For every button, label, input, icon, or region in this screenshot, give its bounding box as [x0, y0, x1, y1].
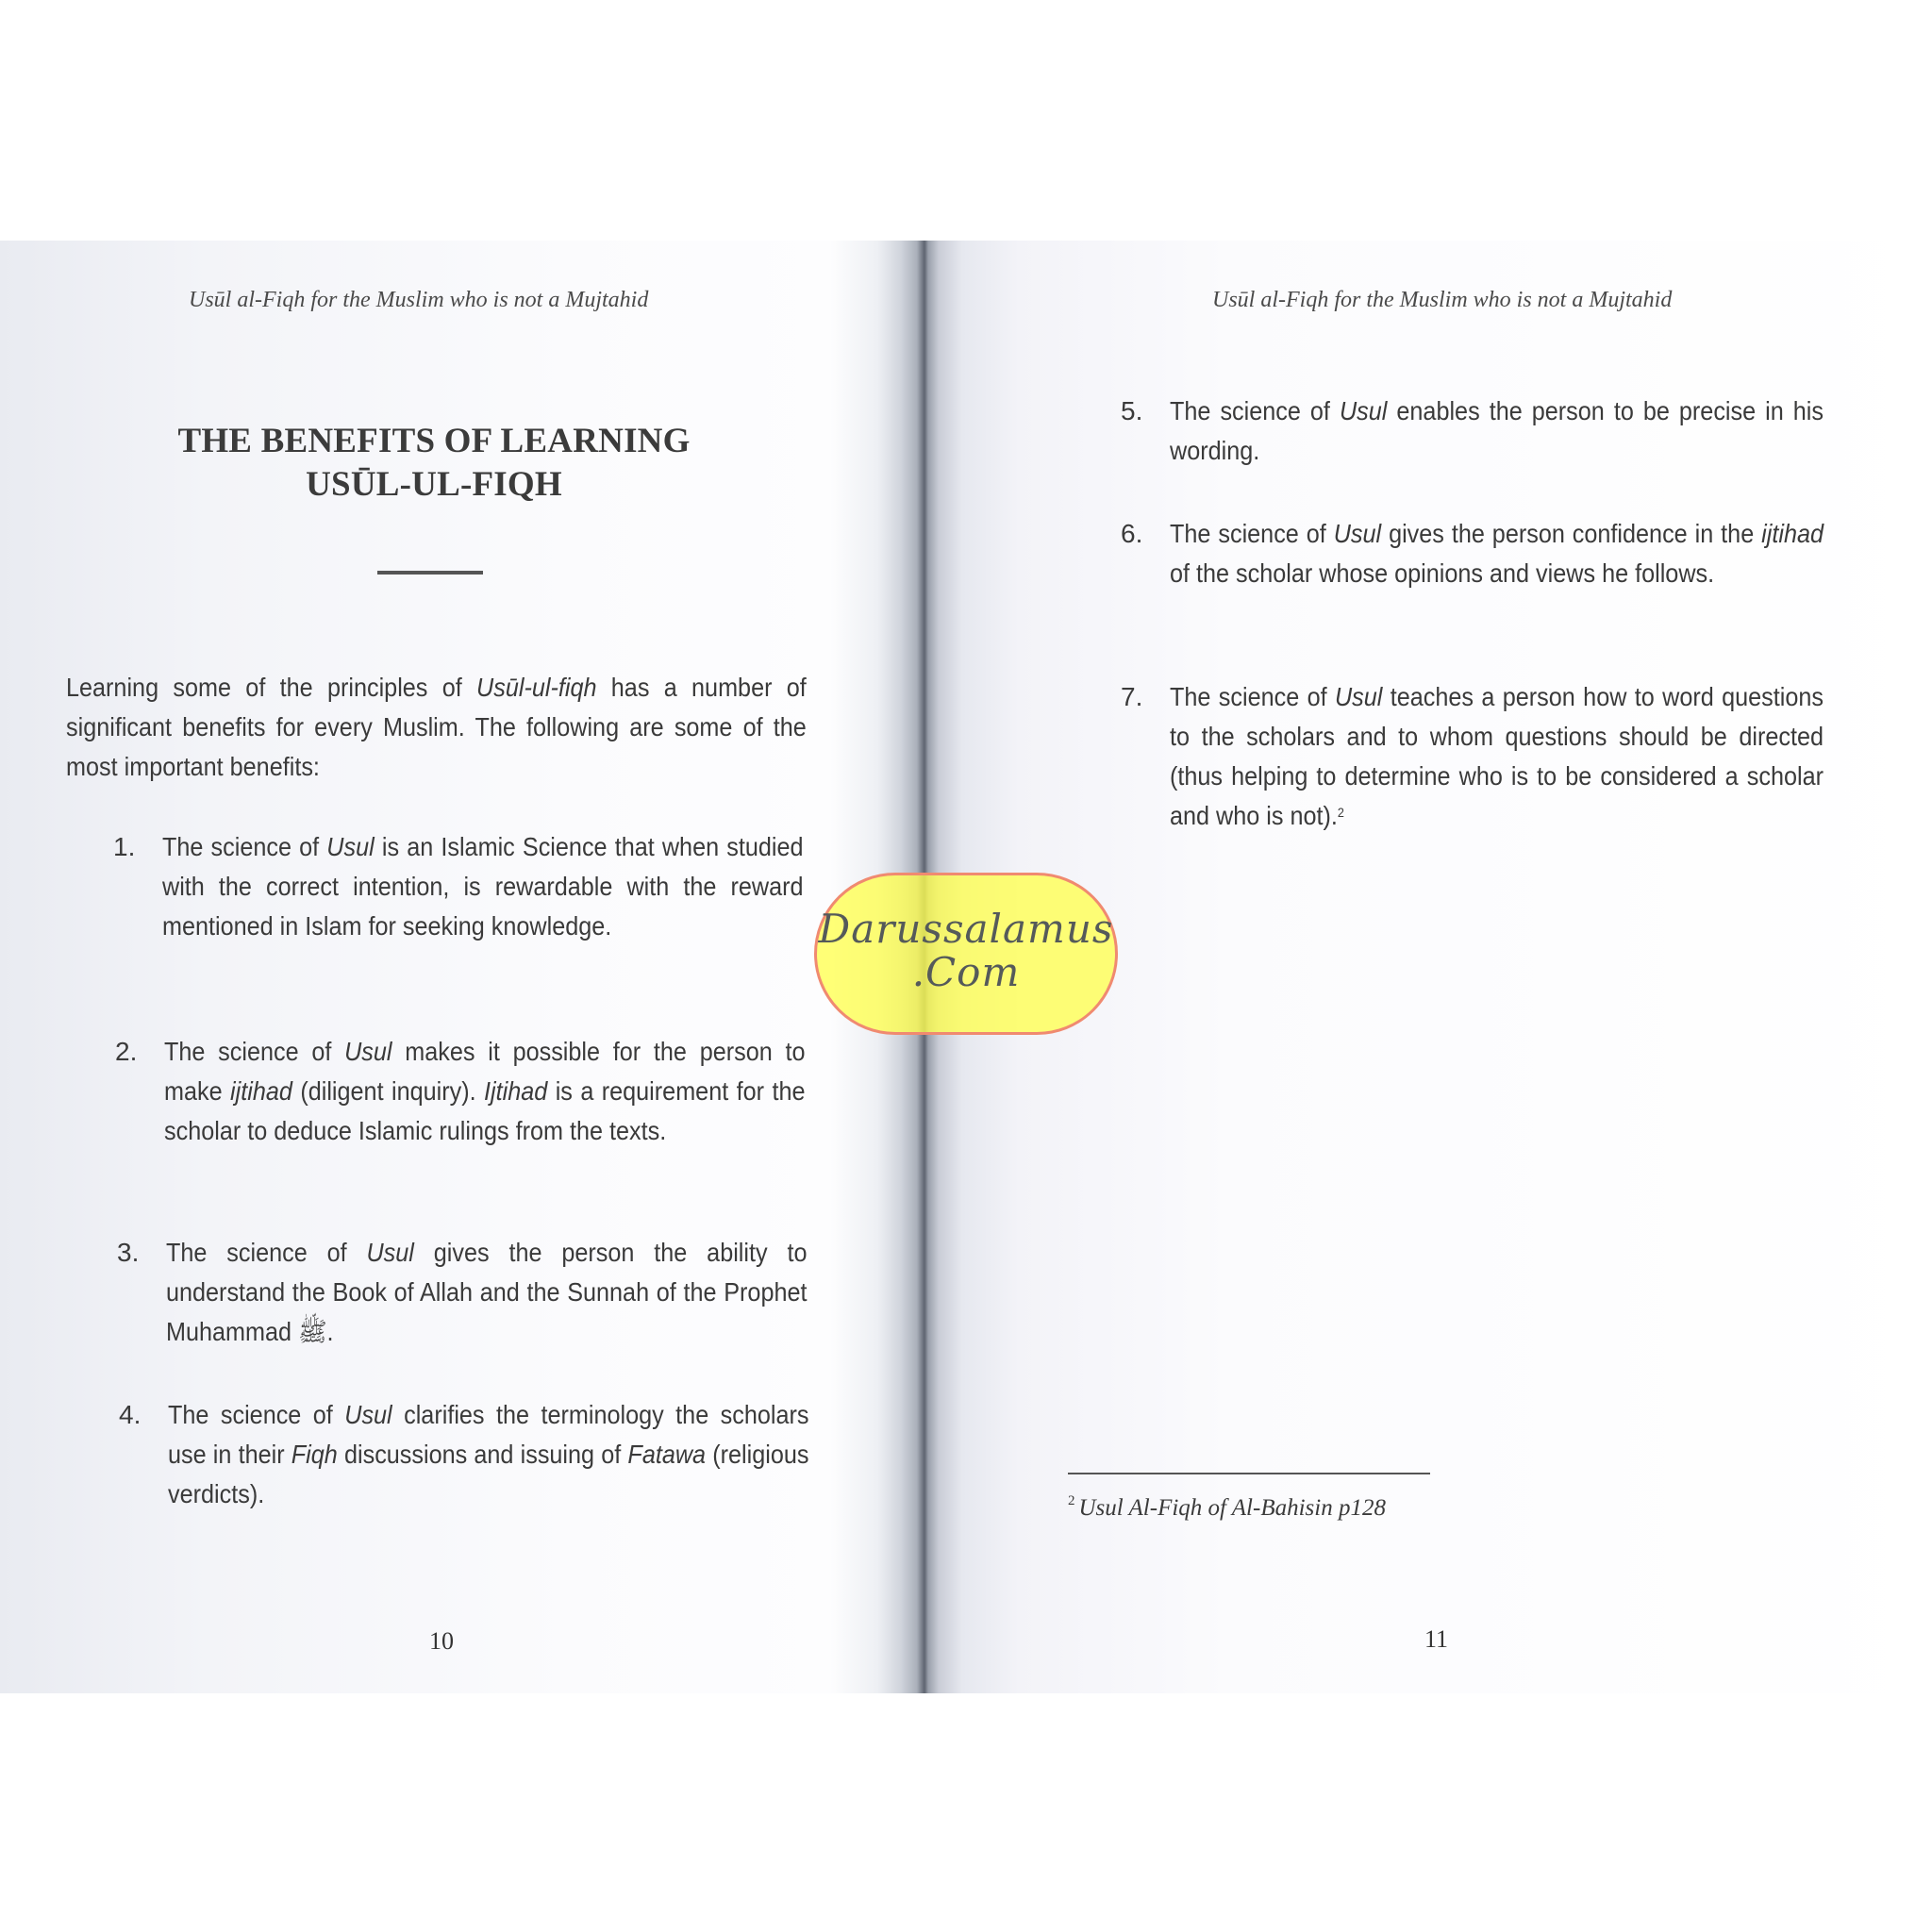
- item-number: 7.: [1121, 677, 1142, 717]
- item-text: The science of Usul clarifies the termin…: [168, 1395, 809, 1514]
- item-number: 6.: [1121, 514, 1142, 554]
- chapter-title: THE BENEFITS OF LEARNING USŪL-UL-FIQH: [85, 420, 783, 507]
- item-number: 5.: [1121, 391, 1142, 431]
- intro-term: Usūl-ul-fiqh: [476, 673, 596, 702]
- footnote-reference[interactable]: 2: [1338, 805, 1344, 820]
- running-head: Usūl al-Fiqh for the Muslim who is not a…: [189, 288, 648, 313]
- running-head: Usūl al-Fiqh for the Muslim who is not a…: [1212, 288, 1672, 313]
- item-text: The science of Usul enables the person t…: [1170, 391, 1824, 471]
- page-number: 10: [429, 1627, 454, 1656]
- item-text: The science of Usul teaches a person how…: [1170, 677, 1824, 836]
- watermark-logo: Darussalamus .Com: [814, 873, 1118, 1035]
- footnote-divider: [1068, 1473, 1430, 1474]
- title-divider: [377, 571, 483, 575]
- chapter-title-line2: USŪL-UL-FIQH: [85, 463, 783, 507]
- item-text: The science of Usul gives the person the…: [166, 1233, 808, 1352]
- intro-text: Learning some of the principles of: [66, 673, 476, 702]
- item-text: The science of Usul gives the person con…: [1170, 514, 1824, 593]
- item-number: 4.: [119, 1395, 141, 1435]
- intro-paragraph: Learning some of the principles of Usūl-…: [66, 668, 807, 787]
- page-number: 11: [1424, 1625, 1448, 1654]
- footnote-mark: 2: [1068, 1493, 1075, 1508]
- chapter-title-line1: THE BENEFITS OF LEARNING: [85, 420, 783, 463]
- item-number: 3.: [117, 1233, 139, 1273]
- left-page: Usūl al-Fiqh for the Muslim who is not a…: [0, 241, 906, 1693]
- footnote-text: Usul Al-Fiqh of Al-Bahisin p128: [1079, 1495, 1386, 1521]
- watermark-line1: Darussalamus: [817, 908, 1115, 951]
- item-number: 2.: [115, 1032, 137, 1072]
- item-number: 1.: [113, 827, 135, 867]
- watermark-line2: .Com: [817, 951, 1115, 994]
- item-text: The science of Usul is an Islamic Scienc…: [162, 827, 804, 946]
- item-text: The science of Usul makes it possible fo…: [164, 1032, 806, 1151]
- footnote: 2Usul Al-Fiqh of Al-Bahisin p128: [1068, 1495, 1386, 1522]
